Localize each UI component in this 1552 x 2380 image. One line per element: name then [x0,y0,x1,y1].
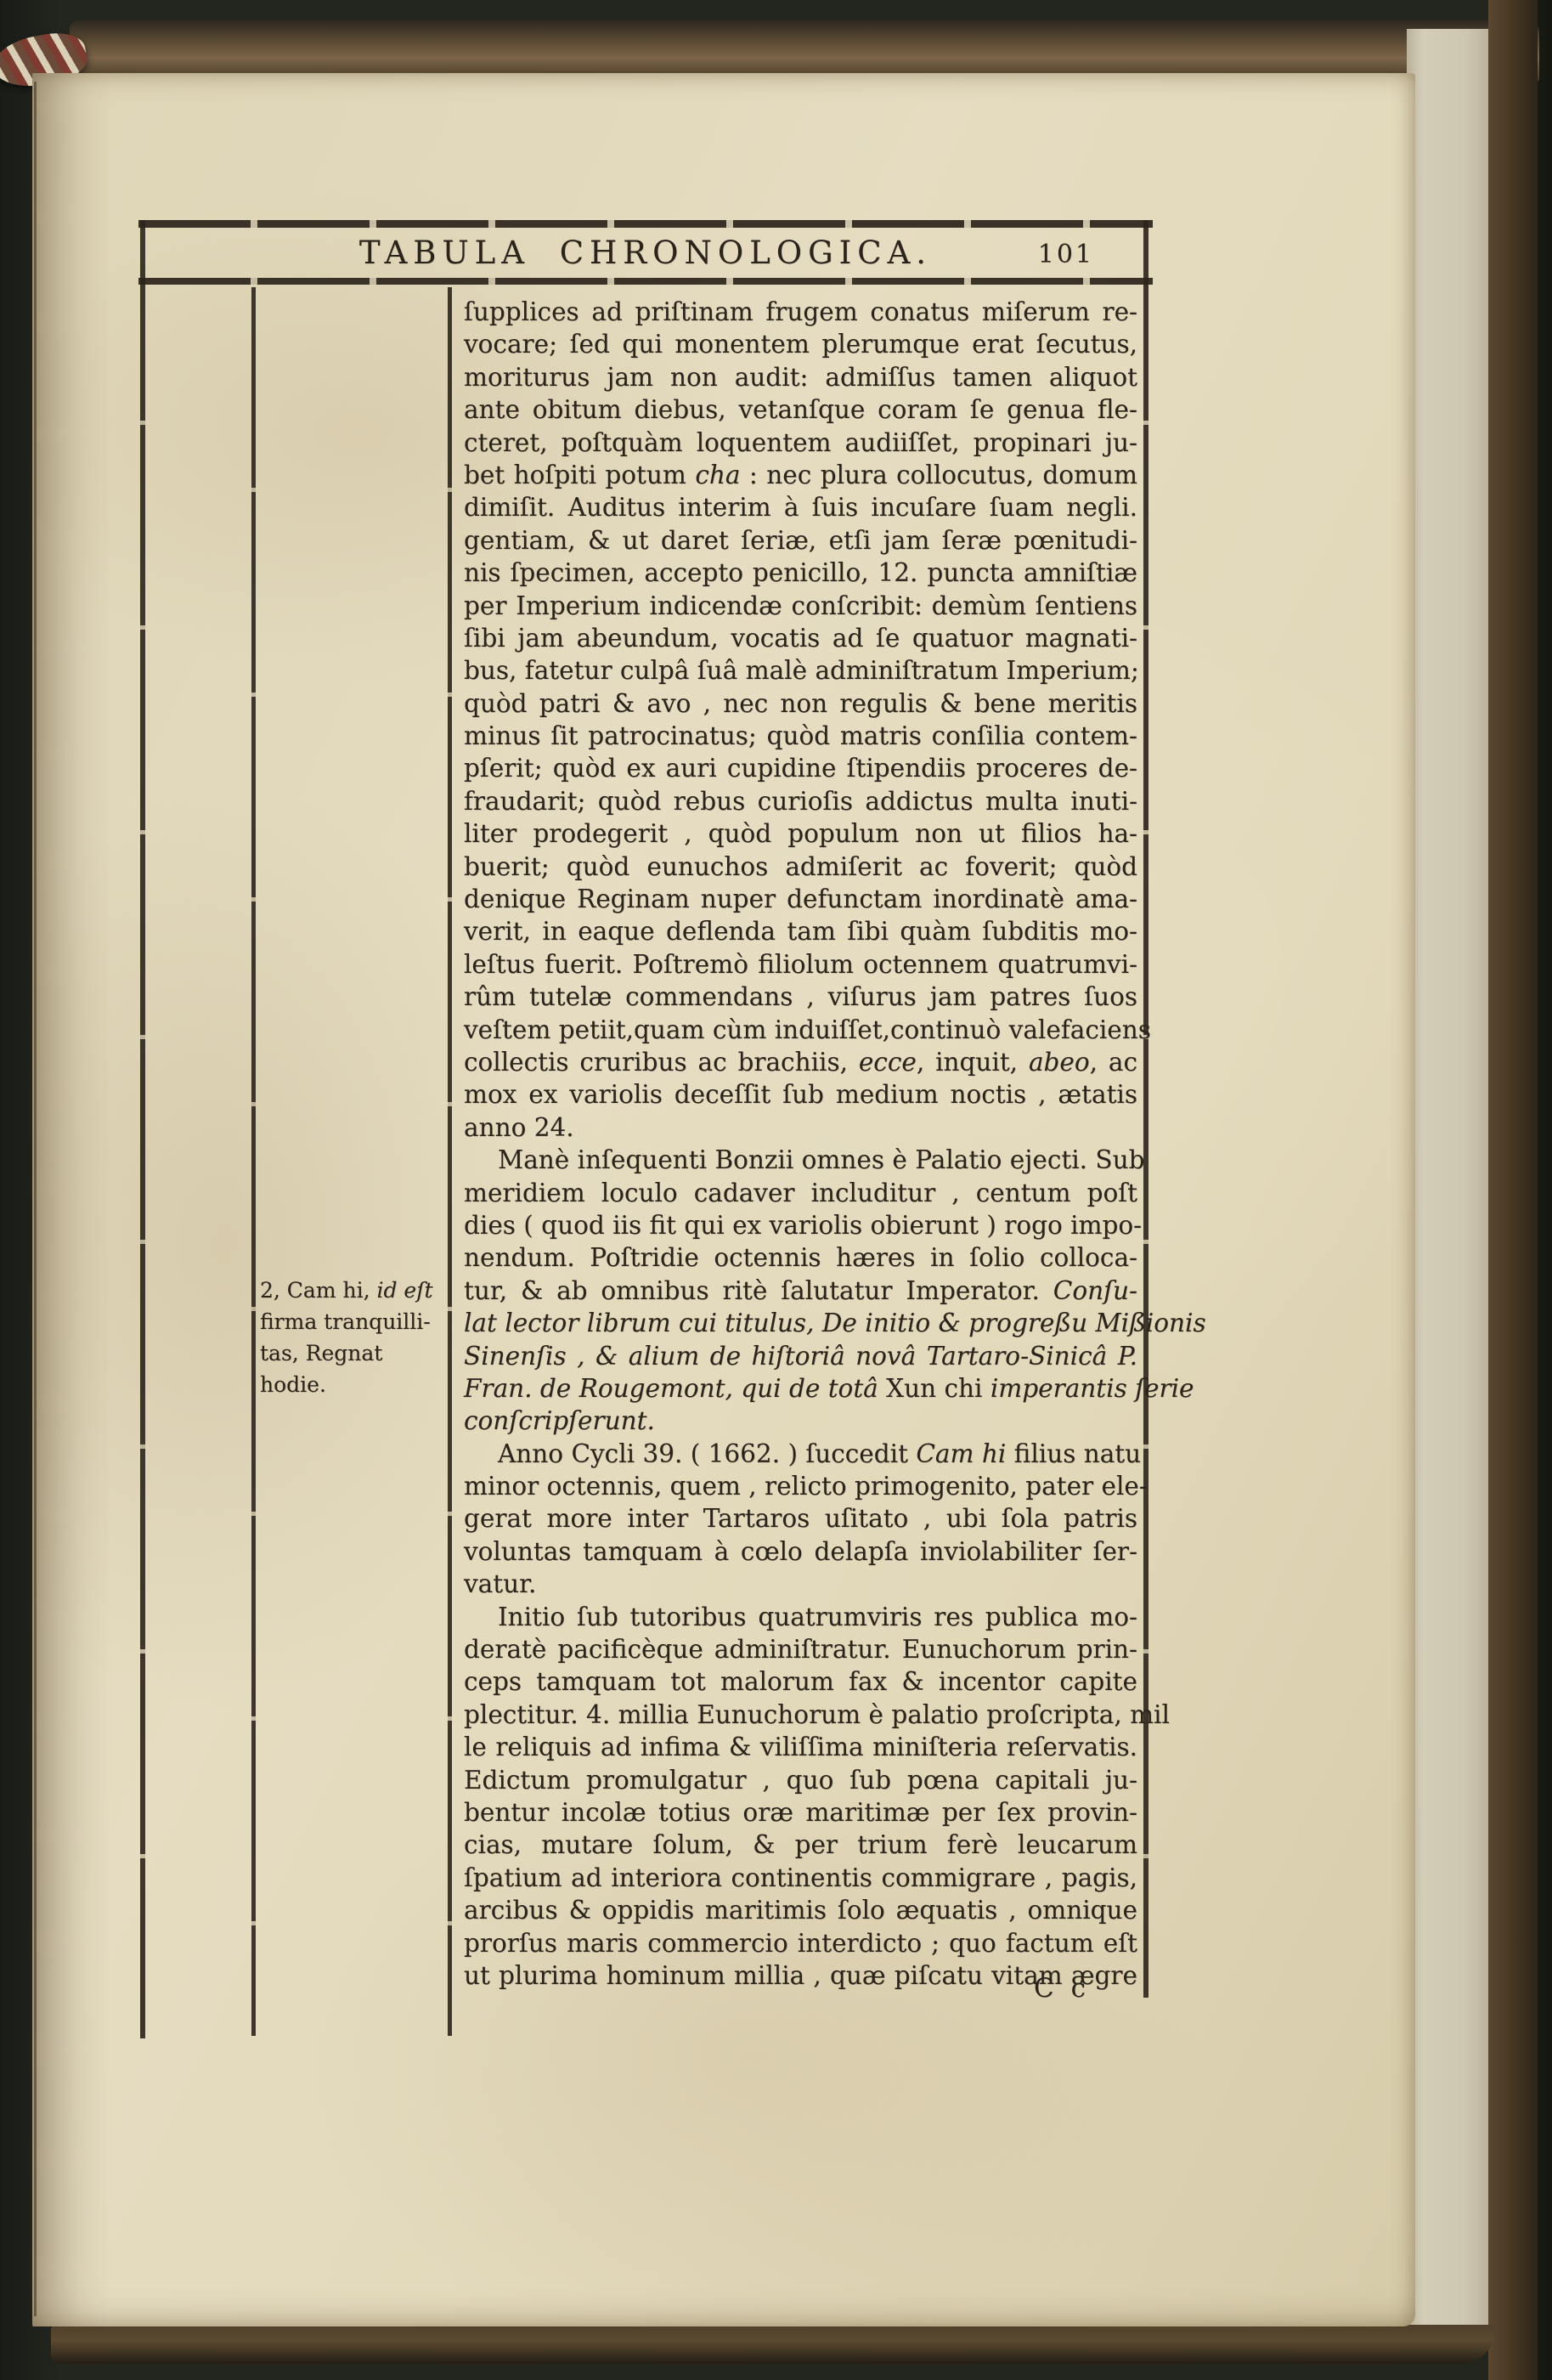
text-line: ante obitum diebus, vetanſque coram ſe g… [464,393,1137,426]
text-line: voluntas tamquam à cœlo delapſa inviolab… [464,1535,1137,1568]
book-cover-right-edge [1488,0,1538,2380]
text-line: vatur. [464,1568,1137,1600]
text-line: ſpatium ad interiora continentis commigr… [464,1862,1137,1894]
text-line: minus ſit patrocinatus; quòd matris conſ… [464,720,1137,752]
text-line: Initio ſub tutoribus quatrumviris res pu… [464,1601,1137,1633]
text-line: pſerit; quòd ex auri cupidine ſtipendiis… [464,752,1137,784]
text-line: quòd patri & avo , nec non regulis & ben… [464,687,1137,720]
text-line: lat lector librum cui titulus, De initio… [464,1307,1137,1339]
text-line: arcibus & oppidis maritimis ſolo æquatis… [464,1894,1137,1926]
text-line: verit, in eaque deflenda tam ſibi quàm ſ… [464,915,1137,947]
margin-note-line: firma tranquilli- [260,1306,449,1337]
text-line: Sinenſis , & alium de hiſtoriâ novâ Tart… [464,1340,1137,1372]
text-line: deratè pacificèque adminiſtratur. Eunuch… [464,1633,1137,1665]
page-gutter-shadow [34,82,37,2316]
text-line: Edictum promulgatur , quo ſub pœna capit… [464,1764,1137,1796]
text-line: veſtem petiit,quam cùm induiſſet,continu… [464,1014,1137,1046]
text-line: minor octennis, quem , relicto primogeni… [464,1470,1137,1502]
body-text: ſupplices ad priſtinam frugem conatus mi… [464,296,1137,1992]
text-line: plectitur. 4. millia Eunuchorum è palati… [464,1699,1137,1731]
text-line: moriturus jam non audit: admiſſus tamen … [464,361,1137,393]
text-line: nendum. Poſtridie octennis hæres in ſoli… [464,1241,1137,1274]
frame-rule-below-header [138,278,1153,285]
catchword-signature: C c [977,1973,1147,2004]
text-line: bentur incolæ totius oræ maritimæ per ſe… [464,1796,1137,1829]
book-scan: TABULA CHRONOLOGICA. 101 2, Cam hi, id e… [0,0,1552,2380]
text-line: bus, fatetur culpâ ſuâ malè adminiſtratu… [464,654,1137,687]
page-number: 101 [1038,240,1094,269]
text-line: dimiſit. Auditus interim à ſuis incuſare… [464,491,1137,523]
frame-rule-text-left [448,287,452,2036]
text-line: meridiem loculo cadaver includitur , cen… [464,1177,1137,1209]
text-line: gerat more inter Tartaros uſitato , ubi … [464,1502,1137,1535]
page-title: TABULA CHRONOLOGICA. [144,235,1147,271]
margin-note: 2, Cam hi, id eſtfirma tranquilli-tas, R… [260,1275,449,1400]
text-line: conſcripſerunt. [464,1405,1137,1437]
frame-rule-right [1143,220,1148,1998]
text-line: Anno Cycli 39. ( 1662. ) ſuccedit Cam hi… [464,1438,1137,1470]
text-line: vocare; ſed qui monentem plerumque erat … [464,328,1137,360]
text-line: leſtus fuerit. Poſtremò filiolum octenne… [464,948,1137,981]
text-line: per Imperium indicendæ conſcribit: demùm… [464,590,1137,622]
text-line: liter prodegerit , quòd populum non ut f… [464,817,1137,850]
text-line: le reliquis ad infima & viliſſima miniſt… [464,1731,1137,1763]
text-line: ceps tamquam tot malorum fax & incentor … [464,1665,1137,1698]
text-line: tur, & ab omnibus ritè ſalutatur Imperat… [464,1275,1137,1307]
text-line: ſibi jam abeundum, vocatis ad ſe quatuor… [464,622,1137,654]
text-line: nis ſpecimen, accepto penicillo, 12. pun… [464,557,1137,589]
book-cover-bottom-edge [51,2325,1495,2364]
frame-rule-left-inner [251,287,256,2036]
text-line: Manè inſequenti Bonzii omnes è Palatio e… [464,1144,1137,1176]
text-line: denique Reginam nuper defunctam inordina… [464,883,1137,915]
margin-note-line: 2, Cam hi, id eſt [260,1275,449,1306]
frame-rule-left-outer [140,220,145,2038]
text-line: ſupplices ad priſtinam frugem conatus mi… [464,296,1137,328]
margin-note-line: tas, Regnat hodie. [260,1337,449,1400]
text-line: gentiam, & ut daret ſeriæ, etſi jam ſeræ… [464,524,1137,557]
text-line: fraudarit; quòd rebus curioſis addictus … [464,785,1137,817]
text-line: cteret, poſtquàm loquentem audiiſſet, pr… [464,427,1137,459]
text-line: cias, mutare ſolum, & per trium ferè leu… [464,1829,1137,1861]
text-line: anno 24. [464,1111,1137,1144]
text-line: collectis cruribus ac brachiis, ecce, in… [464,1046,1137,1078]
frame-rule-top [138,220,1153,228]
text-line: prorſus maris commercio interdicto ; quo… [464,1927,1137,1959]
text-line: mox ex variolis deceſſit ſub medium noct… [464,1078,1137,1111]
text-line: buerit; quòd eunuchos admiſerit ac fover… [464,851,1137,883]
text-line: dies ( quod iis fit qui ex variolis obie… [464,1209,1137,1241]
page-stack-fore-edge [1407,29,1493,2349]
running-header: TABULA CHRONOLOGICA. 101 [144,235,1147,279]
text-line: Fran. de Rougemont, qui de totâ Xun chi … [464,1372,1137,1405]
text-line: rûm tutelæ commendans , viſurus jam patr… [464,981,1137,1013]
text-line: bet hoſpiti potum cha : nec plura colloc… [464,459,1137,491]
